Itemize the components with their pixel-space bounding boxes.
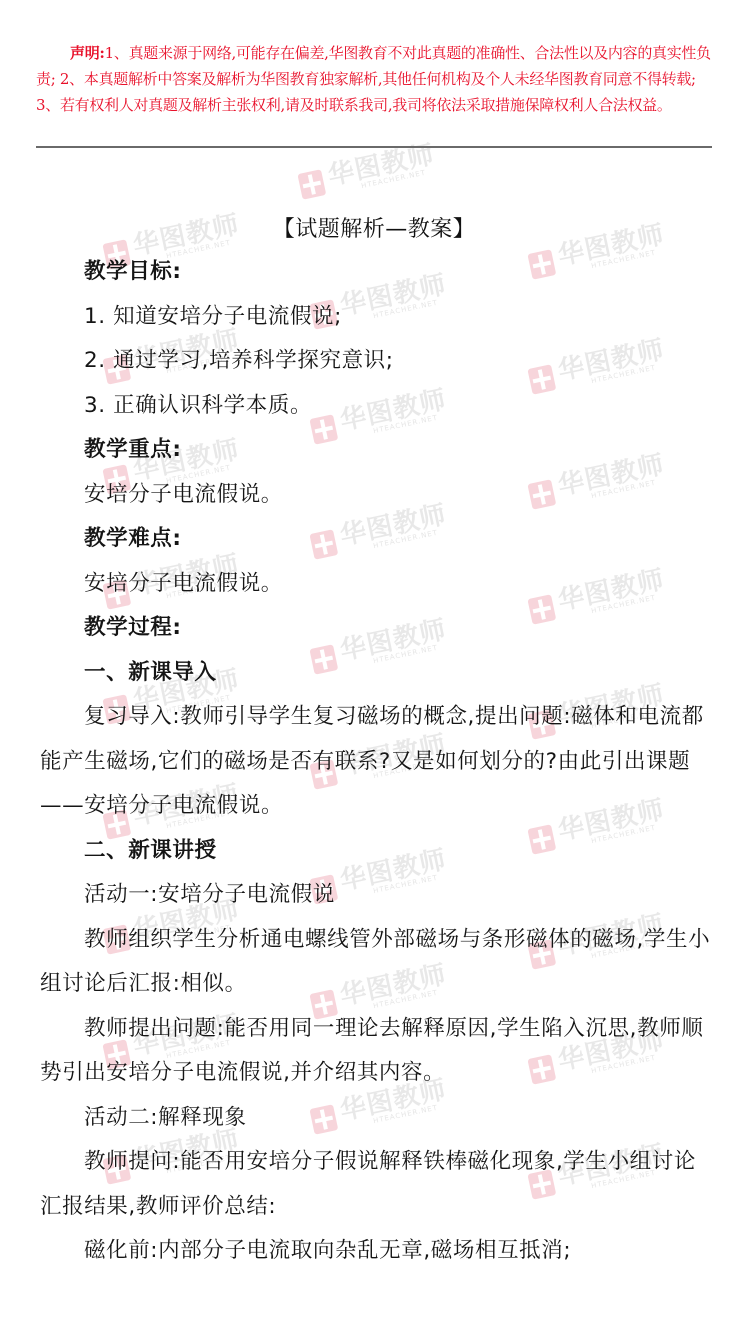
disclaimer-text: 1、真题来源于网络,可能存在偏差,华图教育不对此真题的准确性、合法性以及内容的真… [36, 44, 711, 114]
page-title: 【试题解析—教案】 [0, 212, 748, 243]
difficulty: 安培分子电流假说。 [40, 562, 712, 607]
watermark-logo-icon [297, 169, 326, 199]
activity2-paragraph: 教师提问:能否用安培分子假说解释铁棒磁化现象,学生小组讨论汇报结果,教师评价总结… [40, 1140, 712, 1229]
activity1-paragraph: 教师组织学生分析通电螺线管外部磁场与条形磁体的磁场,学生小组讨论后汇报:相似。 [40, 918, 712, 1007]
objective-item: 1. 知道安培分子电流假说; [40, 295, 712, 340]
activity1-heading: 活动一:安培分子电流假说 [40, 873, 712, 918]
divider [36, 146, 712, 148]
key-point: 安培分子电流假说。 [40, 473, 712, 518]
activity2-paragraph: 磁化前:内部分子电流取向杂乱无章,磁场相互抵消; [40, 1229, 712, 1274]
disclaimer: 声明:1、真题来源于网络,可能存在偏差,华图教育不对此真题的准确性、合法性以及内… [36, 40, 712, 118]
activity1-paragraph: 教师提出问题:能否用同一理论去解释原因,学生陷入沉思,教师顺势引出安培分子电流假… [40, 1007, 712, 1096]
process-heading: 教学过程: [40, 606, 712, 651]
part1-heading: 一、新课导入 [40, 651, 712, 696]
key-point-heading: 教学重点: [40, 428, 712, 473]
activity2-heading: 活动二:解释现象 [40, 1096, 712, 1141]
objective-item: 2. 通过学习,培养科学探究意识; [40, 339, 712, 384]
lesson-plan: 教学目标: 1. 知道安培分子电流假说; 2. 通过学习,培养科学探究意识; 3… [40, 250, 712, 1274]
difficulty-heading: 教学难点: [40, 517, 712, 562]
part1-text: 复习导入:教师引导学生复习磁场的概念,提出问题:磁体和电流都能产生磁场,它们的磁… [40, 695, 712, 829]
disclaimer-lead: 声明: [70, 44, 105, 62]
watermark: 华图教师HTEACHER.NET [297, 142, 439, 203]
objective-item: 3. 正确认识科学本质。 [40, 384, 712, 429]
part2-heading: 二、新课讲授 [40, 829, 712, 874]
objectives-heading: 教学目标: [40, 250, 712, 295]
